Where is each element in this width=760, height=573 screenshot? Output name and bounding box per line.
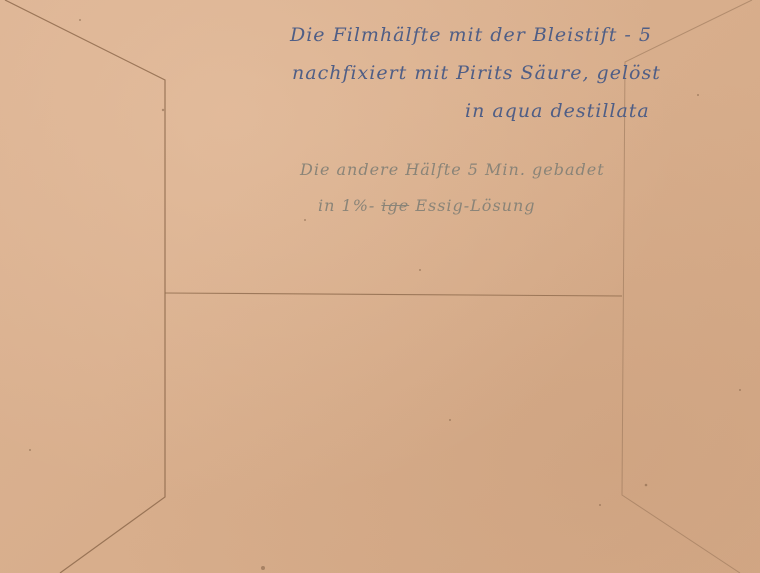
pencil-note-line-2: in 1%- ige Essig-Lösung [318, 196, 536, 215]
pencil-note-line-2-post: Essig-Lösung [415, 196, 535, 215]
ink-note-line-3: in aqua destillata [465, 100, 650, 122]
ink-note-line-1: Die Filmhälfte mit der Bleistift - 5 [290, 24, 652, 46]
pencil-note-line-1: Die andere Hälfte 5 Min. gebadet [300, 160, 605, 179]
ink-note-line-2: nachfixiert mit Pirits Säure, gelöst [292, 62, 661, 84]
left-flap-edge [5, 0, 165, 573]
bottom-flap-edge [165, 293, 622, 296]
envelope-back: Die Filmhälfte mit der Bleistift - 5 nac… [0, 0, 760, 573]
pencil-note-line-2-pre: in 1%- [318, 196, 375, 215]
pencil-note-struck-word: ige [381, 196, 409, 215]
right-flap-edge [622, 0, 752, 573]
envelope-fold-lines [0, 0, 760, 573]
